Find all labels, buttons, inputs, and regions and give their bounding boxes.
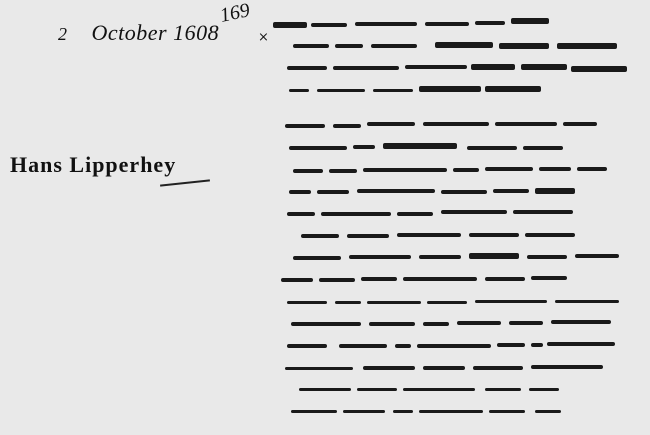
margin-month-year: October 1608	[92, 20, 220, 45]
folio-number: 169	[218, 0, 252, 28]
body-line: [illegible script line 6]	[285, 138, 645, 160]
body-line	[285, 380, 645, 402]
name-underline	[160, 179, 210, 186]
body-line: [illegible script line 13]	[285, 292, 645, 314]
body-line: [illegible script line 2]	[285, 36, 645, 58]
margin-name-text: Hans Lipperhey	[10, 152, 176, 177]
body-line: [illegible script line 8]	[285, 182, 645, 204]
margin-day: 2	[58, 24, 68, 44]
body-line: [illegible script line 14]	[285, 314, 645, 336]
body-line: [illegible script line 3]	[285, 58, 645, 80]
body-line: [illegible script line 5]	[285, 116, 645, 138]
body-line: [illegible script line 1]	[285, 14, 645, 36]
body-line	[285, 402, 645, 424]
body-line: [illegible script line 11]	[285, 248, 645, 270]
body-line: [illegible script line 9]	[285, 204, 645, 226]
body-line: [illegible script line 7]	[285, 160, 645, 182]
body-line: [illegible script line 12]	[285, 270, 645, 292]
body-line: [illegible script line 10]	[285, 226, 645, 248]
folio-mark: ×	[258, 30, 269, 45]
margin-name: Hans Lipperhey	[10, 152, 176, 178]
body-line: [illegible script line 4]	[285, 80, 645, 102]
body-line: [illegible script line 15]	[285, 336, 645, 358]
margin-date: 2 October 1608	[58, 20, 219, 46]
body-line: [illegible script line 16]	[285, 358, 645, 380]
